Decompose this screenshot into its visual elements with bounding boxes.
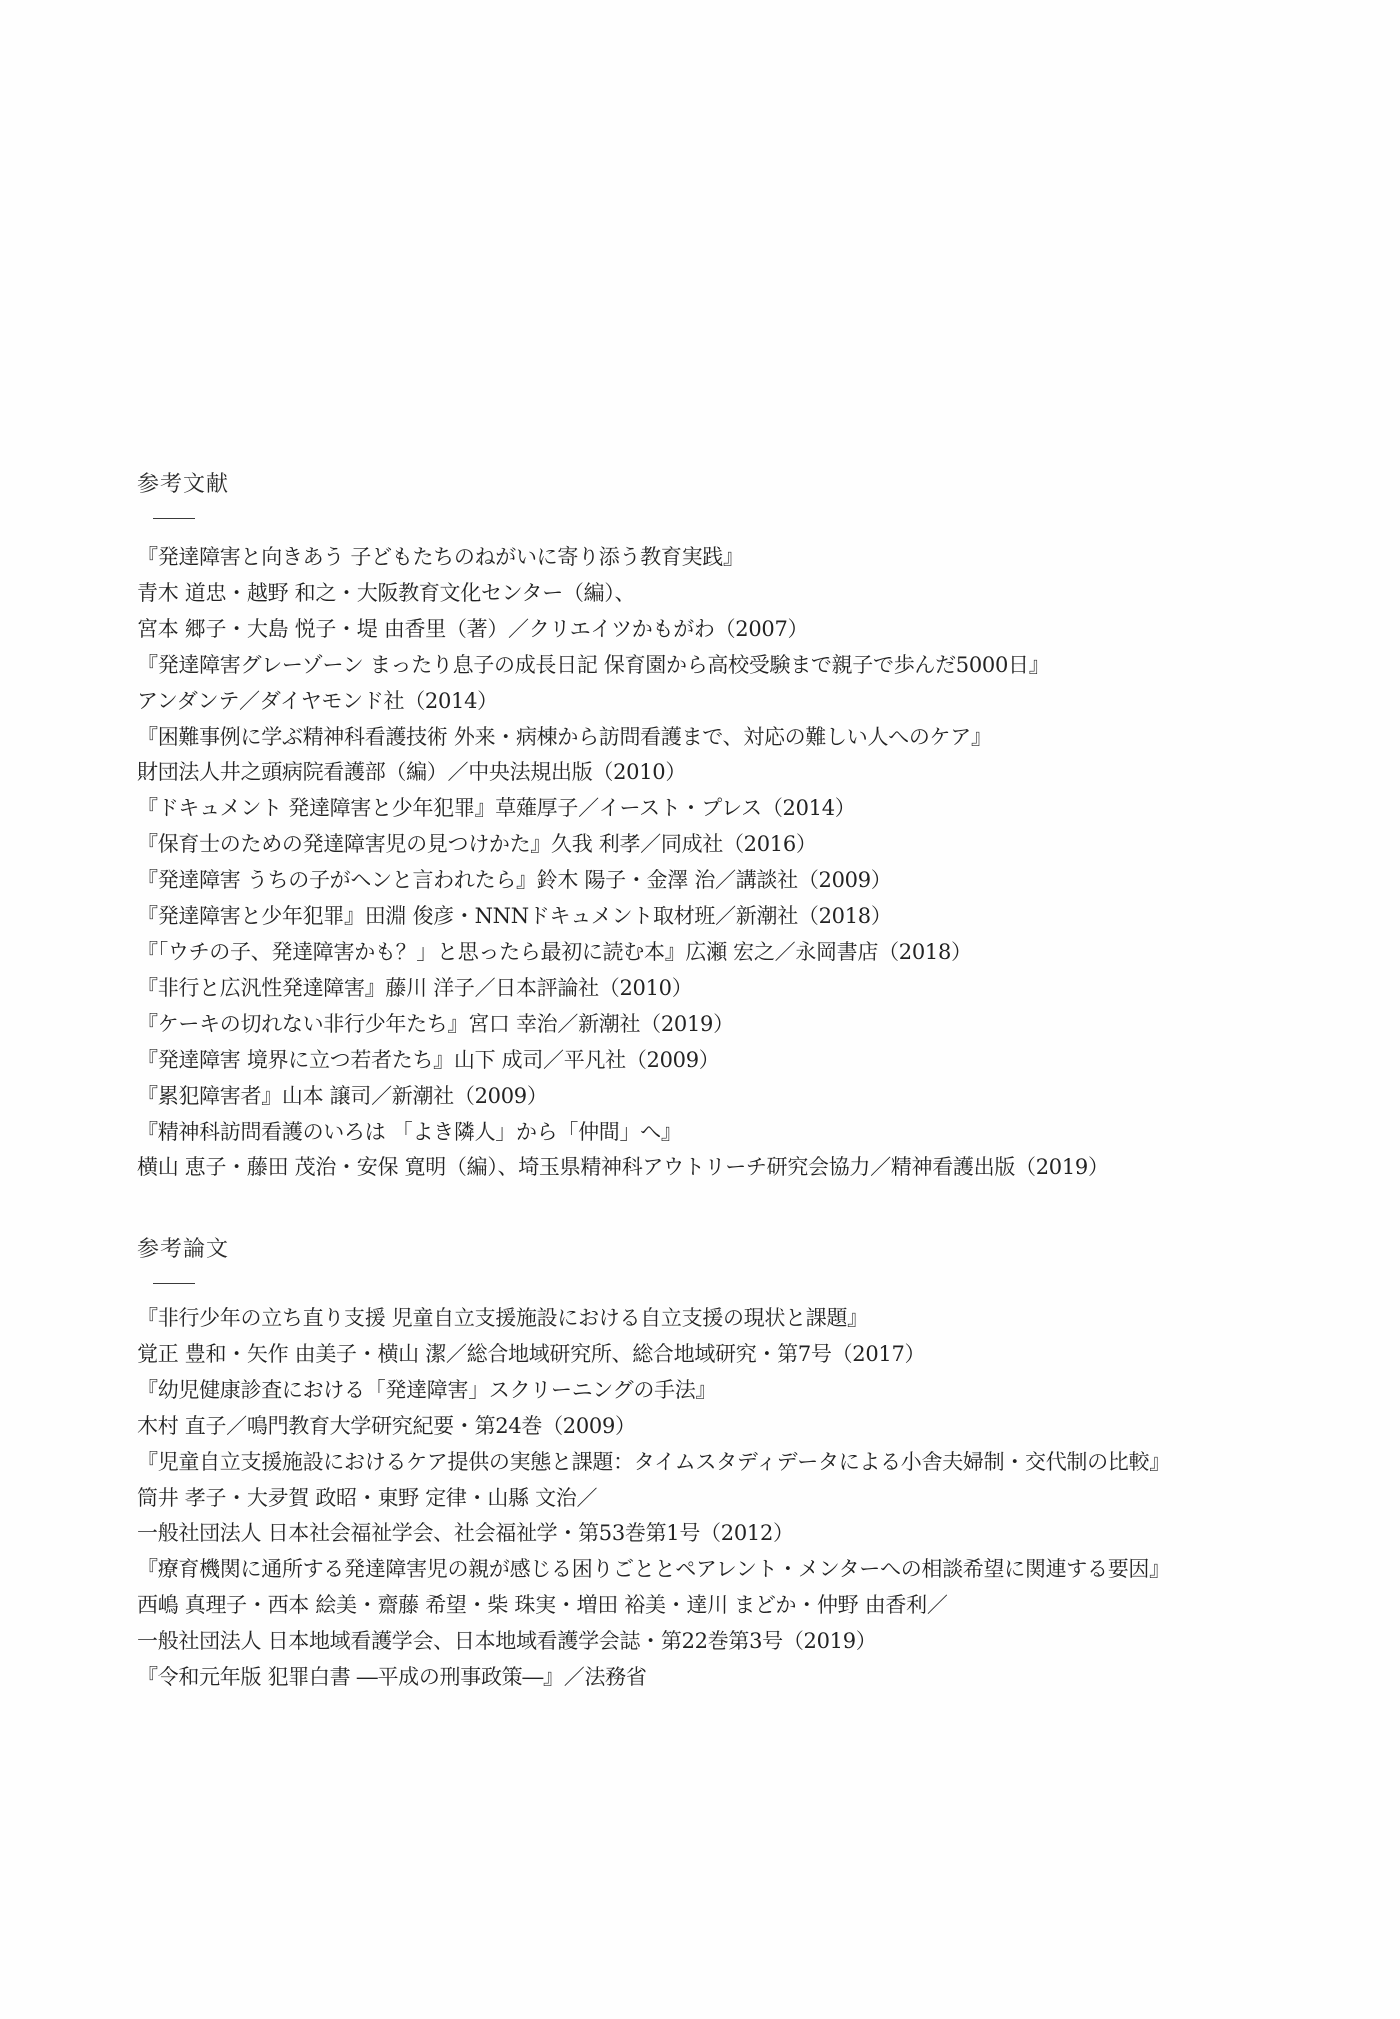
reference-line: 『「ウチの子、発達障害かも？」と思ったら最初に読む本』広瀬 宏之／永岡書店（20… — [137, 935, 1337, 971]
reference-line: 筒井 孝子・大夛賀 政昭・東野 定律・山縣 文治／ — [137, 1481, 1337, 1517]
reference-line: 『精神科訪問看護のいろは 「よき隣人」から「仲間」へ』 — [137, 1115, 1337, 1151]
reference-line: 財団法人井之頭病院看護部（編）／中央法規出版（2010） — [137, 755, 1337, 791]
reference-line: 横山 恵子・藤田 茂治・安保 寛明（編）、埼玉県精神科アウトリーチ研究会協力／精… — [137, 1150, 1337, 1186]
reference-line: 青木 道忠・越野 和之・大阪教育文化センター（編）、 — [137, 576, 1337, 612]
reference-line: 木村 直子／鳴門教育大学研究紀要・第24巻（2009） — [137, 1409, 1337, 1445]
reference-line: 覚正 豊和・矢作 由美子・横山 潔／総合地域研究所、総合地域研究・第7号（201… — [137, 1337, 1337, 1373]
reference-line: 『児童自立支援施設におけるケア提供の実態と課題：タイムスタディデータによる小舎夫… — [137, 1445, 1337, 1481]
reference-line: 『困難事例に学ぶ精神科看護技術 外来・病棟から訪問看護まで、対応の難しい人へのケ… — [137, 720, 1337, 756]
reference-line: 『発達障害と少年犯罪』田淵 俊彦・NNNドキュメント取材班／新潮社（2018） — [137, 899, 1337, 935]
reference-line: 『令和元年版 犯罪白書 ―平成の刑事政策―』／法務省 — [137, 1660, 1337, 1696]
reference-line: 『発達障害 境界に立つ若者たち』山下 成司／平凡社（2009） — [137, 1043, 1337, 1079]
reference-line: 『療育機関に通所する発達障害児の親が感じる困りごととペアレント・メンターへの相談… — [137, 1552, 1337, 1588]
document-page: 参考文献 『発達障害と向きあう 子どもたちのねがいに寄り添う教育実践』 青木 道… — [0, 0, 1400, 2019]
reference-line: 『保育士のための発達障害児の見つけかた』久我 利孝／同成社（2016） — [137, 827, 1337, 863]
reference-line: 『ケーキの切れない非行少年たち』宮口 幸治／新潮社（2019） — [137, 1007, 1337, 1043]
paper-reference-list: 『非行少年の立ち直り支援 児童自立支援施設における自立支援の現状と課題』 覚正 … — [137, 1301, 1337, 1696]
reference-line: 『ドキュメント 発達障害と少年犯罪』草薙厚子／イースト・プレス（2014） — [137, 791, 1337, 827]
section-title-books: 参考文献 — [137, 471, 1337, 499]
reference-line: 『発達障害グレーゾーン まったり息子の成長日記 保育園から高校受験まで親子で歩ん… — [137, 648, 1337, 684]
reference-line: 一般社団法人 日本地域看護学会、日本地域看護学会誌・第22巻第3号（2019） — [137, 1624, 1337, 1660]
section-title-papers: 参考論文 — [137, 1236, 1337, 1264]
reference-line: 『発達障害と向きあう 子どもたちのねがいに寄り添う教育実践』 — [137, 540, 1337, 576]
title-underline-dash — [153, 518, 195, 519]
reference-line: 『累犯障害者』山本 譲司／新潮社（2009） — [137, 1079, 1337, 1115]
reference-line: 西嶋 真理子・西本 絵美・齋藤 希望・柴 珠実・増田 裕美・達川 まどか・仲野 … — [137, 1588, 1337, 1624]
reference-line: 宮本 郷子・大島 悦子・堤 由香里（著）／クリエイツかもがわ（2007） — [137, 612, 1337, 648]
reference-line: 『非行少年の立ち直り支援 児童自立支援施設における自立支援の現状と課題』 — [137, 1301, 1337, 1337]
reference-line: 『発達障害 うちの子がヘンと言われたら』鈴木 陽子・金澤 治／講談社（2009） — [137, 863, 1337, 899]
title-underline-dash — [153, 1283, 195, 1284]
references-books-section: 参考文献 『発達障害と向きあう 子どもたちのねがいに寄り添う教育実践』 青木 道… — [137, 471, 1337, 1186]
references-papers-section: 参考論文 『非行少年の立ち直り支援 児童自立支援施設における自立支援の現状と課題… — [137, 1236, 1337, 1696]
book-reference-list: 『発達障害と向きあう 子どもたちのねがいに寄り添う教育実践』 青木 道忠・越野 … — [137, 540, 1337, 1186]
reference-line: 一般社団法人 日本社会福祉学会、社会福祉学・第53巻第1号（2012） — [137, 1516, 1337, 1552]
reference-line: 『非行と広汎性発達障害』藤川 洋子／日本評論社（2010） — [137, 971, 1337, 1007]
reference-line: アンダンテ／ダイヤモンド社（2014） — [137, 684, 1337, 720]
reference-line: 『幼児健康診査における「発達障害」スクリーニングの手法』 — [137, 1373, 1337, 1409]
